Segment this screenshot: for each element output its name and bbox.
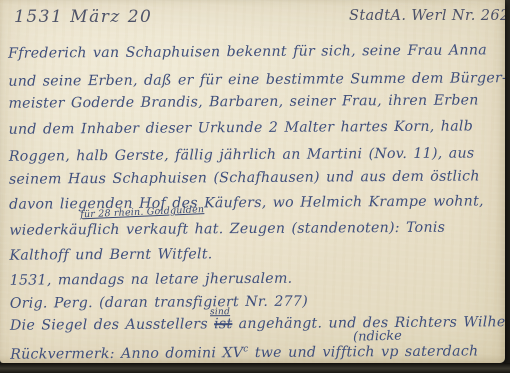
text-line: Kalthoff und Bernt Witfelt.: [9, 246, 212, 263]
text-line: Die Siegel des Ausstellers istsind angeh…: [10, 314, 505, 334]
photo-background: 1531 März 20 StadtA. Werl Nr. 262 Ffrede…: [0, 0, 510, 373]
archive-index-card: 1531 März 20 StadtA. Werl Nr. 262 Ffrede…: [0, 0, 505, 363]
text-line: und seine Erben, daß er für eine bestimm…: [8, 70, 505, 89]
text-line: Orig. Perg. (daran transfigiert Nr. 277): [10, 294, 308, 312]
text-line: Ffrederich van Schaphuisen bekennt für s…: [8, 42, 487, 61]
photo-edge-shadow: [0, 363, 510, 373]
text-line: seinem Haus Schaphuisen (Schafhausen) un…: [9, 168, 480, 187]
back-note-label: Rückvermerk:: [10, 346, 121, 363]
text-fragment: twe und vifftich vp saterdach: [248, 343, 478, 361]
line-wrap-fragment: (ndicke: [353, 329, 402, 345]
text-line: 1531, mandags na letare jherusalem.: [10, 271, 293, 289]
text-line: Roggen, halb Gerste, fällig jährlich an …: [9, 145, 475, 164]
text-fragment: wiederkäuflich: [9, 222, 126, 239]
text-line: meister Goderde Brandis, Barbaren, seine…: [8, 92, 478, 111]
text-fragment: Die Siegel des Ausstellers: [10, 316, 214, 333]
superscript-correction: sind: [210, 307, 230, 317]
regest-text: Ffrederich van Schaphuisen bekennt für s…: [0, 0, 505, 363]
correction: istsind: [214, 316, 232, 332]
back-note-line: Rückvermerk: Anno domini XVc twe und vif…: [10, 343, 478, 362]
text-fragment: Anno domini XV: [121, 345, 243, 362]
text-line: wiederkäuflich verkauft hat. Zeugen (sta…: [9, 220, 445, 239]
text-line: und dem Inhaber dieser Urkunde 2 Malter …: [9, 118, 473, 137]
struck-word: ist: [214, 316, 232, 332]
text-fragment: angehängt.: [232, 315, 328, 332]
text-fragment: verkauft hat. Zeugen (standenoten): Toni…: [126, 220, 445, 238]
